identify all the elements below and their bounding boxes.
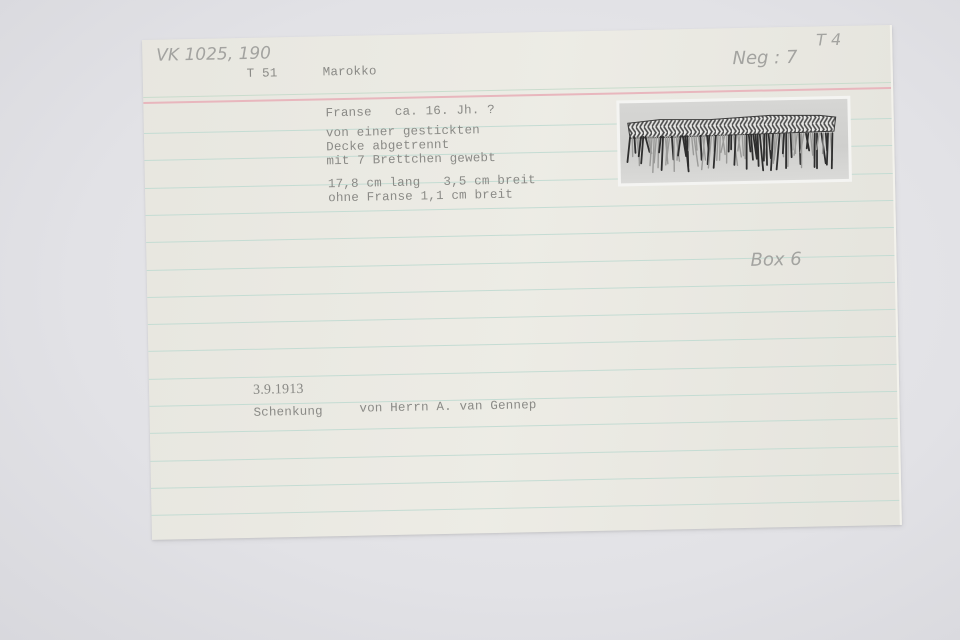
negative-number-note: Neg : 7 bbox=[732, 47, 797, 69]
object-photograph bbox=[616, 96, 852, 187]
ruled-line bbox=[146, 200, 894, 216]
ruled-line bbox=[149, 364, 897, 380]
donor: von Herrn A. van Gennep bbox=[359, 398, 536, 416]
ruled-line bbox=[150, 445, 898, 461]
dimensions-line: ohne Franse 1,1 cm breit bbox=[328, 188, 513, 206]
ruled-line bbox=[150, 418, 898, 434]
catalog-code: T 51 bbox=[247, 66, 278, 81]
acquisition-type: Schenkung bbox=[253, 404, 323, 420]
acquisition-date: 3.9.1913 bbox=[253, 383, 304, 399]
ruled-line bbox=[147, 282, 895, 298]
description-line: mit 7 Brettchen gewebt bbox=[326, 151, 496, 169]
box-note: Box 6 bbox=[750, 249, 802, 271]
catalog-index-card: VK 1025, 190 T 51 Marokko T 4 Neg : 7 Fr… bbox=[142, 25, 902, 540]
inventory-number: VK 1025, 190 bbox=[156, 43, 271, 65]
ruled-lines bbox=[142, 25, 890, 40]
object-type-and-date: Franse ca. 16. Jh. ? bbox=[325, 103, 495, 121]
ruled-line bbox=[152, 500, 900, 516]
ruled-line bbox=[146, 227, 894, 243]
fringe-image bbox=[619, 99, 849, 184]
ruled-line bbox=[148, 336, 896, 352]
ruled-line bbox=[148, 309, 896, 325]
ruled-line bbox=[151, 473, 899, 489]
top-right-note-t4: T 4 bbox=[816, 30, 841, 49]
origin-region: Marokko bbox=[323, 64, 377, 80]
